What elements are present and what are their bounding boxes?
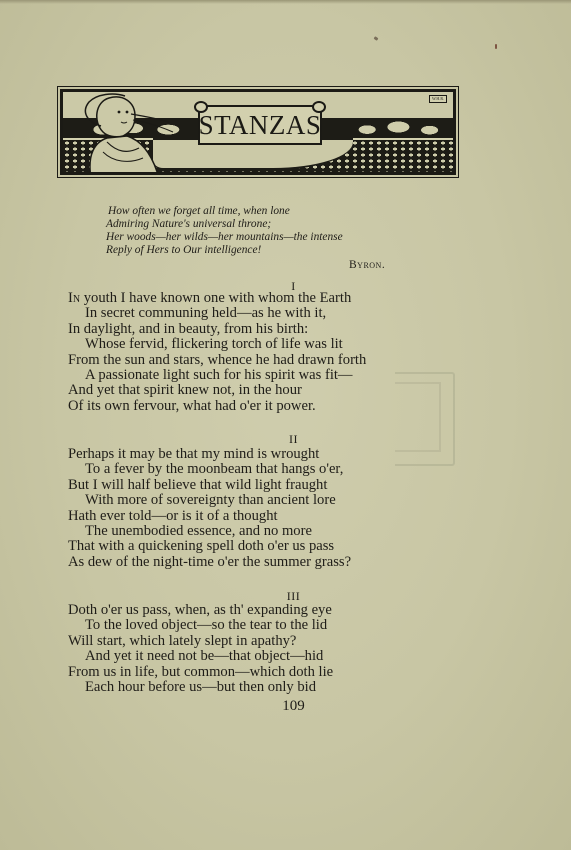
epigraph-line: Reply of Hers to Our intelligence!: [106, 244, 426, 257]
stanza-line: A passionate light such for his spirit w…: [68, 368, 468, 383]
epigraph-attribution: Byron.: [349, 259, 385, 271]
stanza-line: Hath ever told—or is it of a thought: [68, 509, 468, 524]
drop-word: In: [68, 290, 80, 306]
stanza-line: Whose fervid, flickering torch of life w…: [68, 337, 468, 352]
stanza-line: Doth o'er us pass, when, as th' expandin…: [68, 603, 468, 618]
stanza-1: In youth I have known one with whom the …: [68, 291, 468, 414]
stanza-line: And yet it need not be—that object—hid: [68, 649, 468, 664]
stanza-line: As dew of the night-time o'er the summer…: [68, 555, 468, 570]
stanza-line: And yet that spirit knew not, in the hou…: [68, 383, 468, 398]
stanza-line: In youth I have known one with whom the …: [68, 291, 468, 306]
paper-speck: [374, 36, 379, 41]
stanza-line: Perhaps it may be that my mind is wrough…: [68, 447, 468, 462]
paper-speck: [495, 44, 497, 49]
stanza-line: From the sun and stars, whence he had dr…: [68, 353, 468, 368]
stanza-line: Of its own fervour, what had o'er it pow…: [68, 399, 468, 414]
stanza-line: From us in life, but common—which doth l…: [68, 665, 468, 680]
title-scroll-banner: STANZAS: [198, 105, 322, 145]
stanza-line: Will start, which lately slept in apathy…: [68, 634, 468, 649]
page-edge-shadow: [0, 0, 571, 4]
poem-title: STANZAS: [199, 112, 322, 139]
epigraph-line: How often we forget all time, when lone: [106, 205, 426, 218]
stanza-line: In daylight, and in beauty, from his bir…: [68, 322, 468, 337]
epigraph-line: Her woods—her wilds—her mountains—the in…: [106, 231, 426, 244]
stanza-number: II: [0, 432, 571, 447]
stanza-line: Each hour before us—but then only bid: [68, 680, 468, 695]
book-page: STANZAS W.H.R. How often we forget all t…: [0, 0, 571, 850]
headpiece-illustration: STANZAS W.H.R.: [60, 89, 456, 175]
stanza-line: But I will half believe that wild light …: [68, 478, 468, 493]
stanza-3: Doth o'er us pass, when, as th' expandin…: [68, 603, 468, 695]
stanza-line: To the loved object—so the tear to the l…: [68, 618, 468, 633]
epigraph-line: Admiring Nature's universal throne;: [106, 218, 426, 231]
epigraph: How often we forget all time, when lone …: [106, 205, 426, 257]
stanza-line: To a fever by the moonbeam that hangs o'…: [68, 462, 468, 477]
stanza-line: That with a quickening spell doth o'er u…: [68, 539, 468, 554]
stanza-line-text: youth I have known one with whom the Ear…: [84, 290, 352, 306]
stanza-2: Perhaps it may be that my mind is wrough…: [68, 447, 468, 570]
stanza-line: The unembodied essence, and no more: [68, 524, 468, 539]
stanza-line: In secret communing held—as he with it,: [68, 306, 468, 321]
page-number: 109: [0, 698, 571, 715]
woman-figure-icon: [73, 92, 183, 175]
artist-monogram: W.H.R.: [429, 95, 447, 103]
stanza-line: With more of sovereignty than ancient lo…: [68, 493, 468, 508]
